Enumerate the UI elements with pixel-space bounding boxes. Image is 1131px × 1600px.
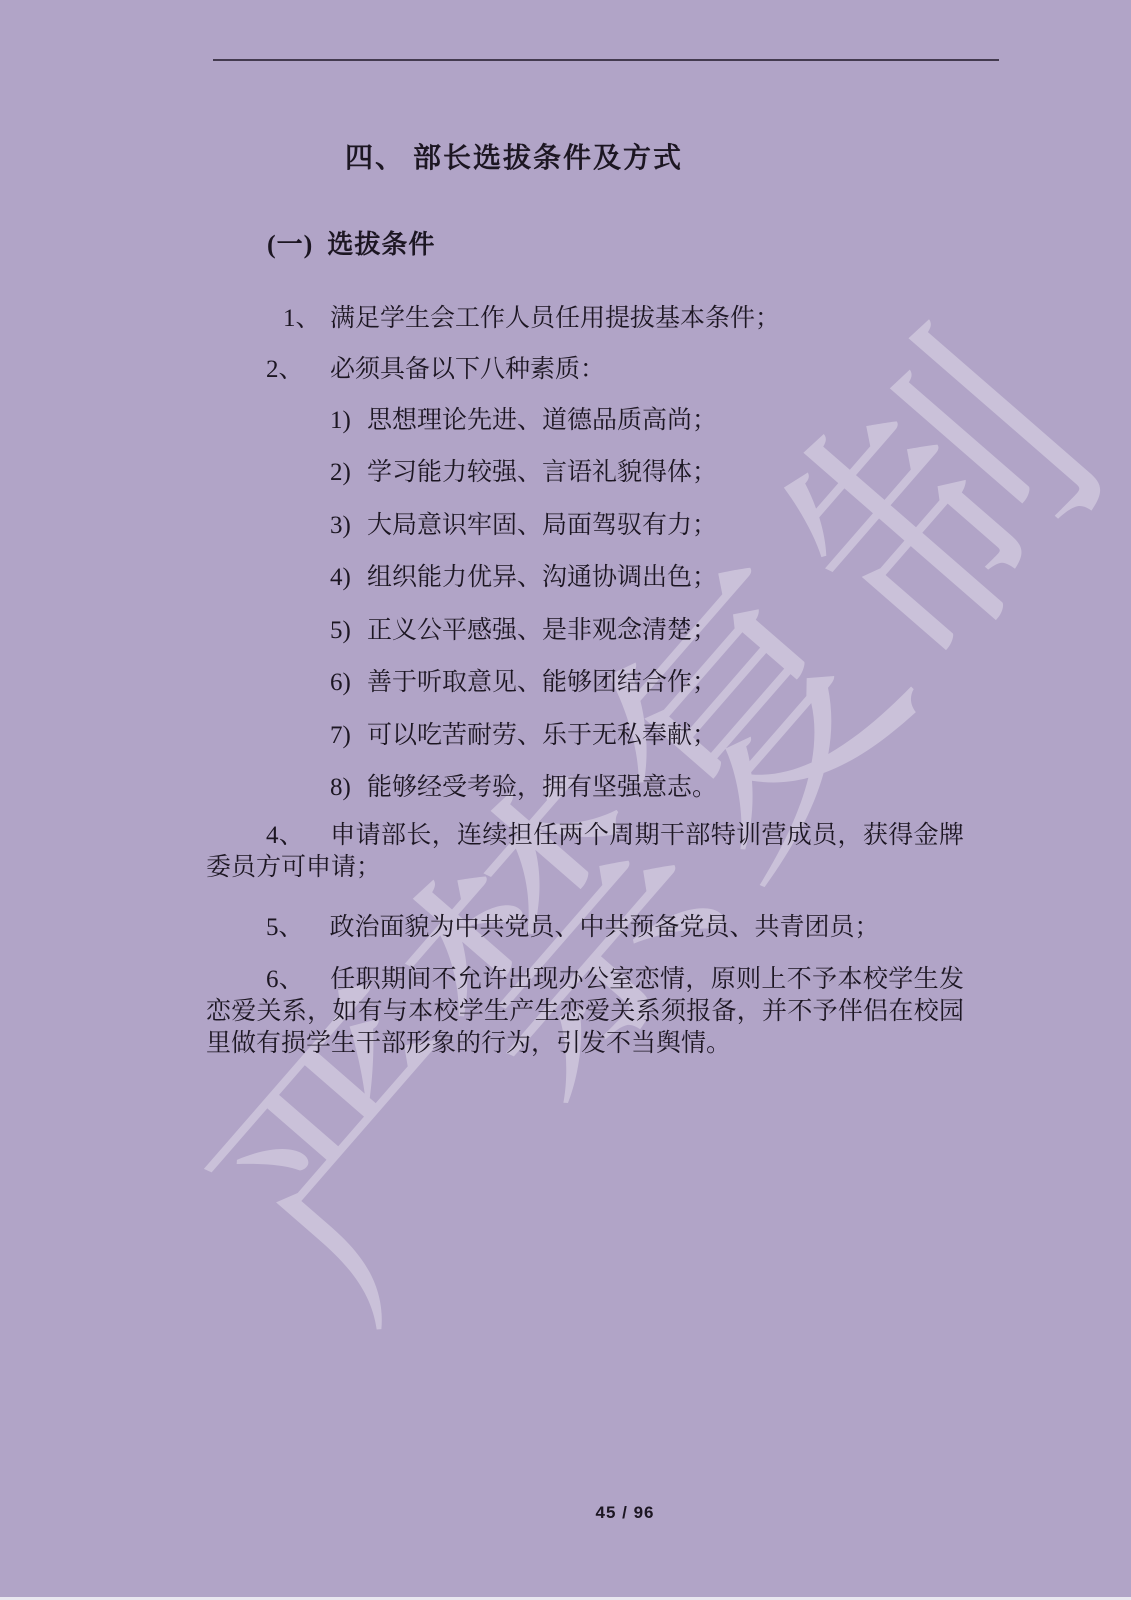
list-item: 6)善于听取意见、能够团结合作； bbox=[330, 666, 717, 699]
title-number: 四、 bbox=[345, 143, 405, 174]
list-item: 4)组织能力优异、沟通协调出色； bbox=[330, 561, 717, 594]
page-number: 45 / 96 bbox=[240, 1503, 1010, 1523]
list-item-number: 7) bbox=[330, 719, 367, 752]
list-item: 2)学习能力较强、言语礼貌得体； bbox=[330, 456, 717, 489]
list-item-text: 满足学生会工作人员任用提拔基本条件； bbox=[330, 305, 780, 332]
list-item-text: 大局意识牢固、局面驾驭有力； bbox=[367, 512, 717, 539]
list-item: 8)能够经受考验，拥有坚强意志。 bbox=[330, 771, 717, 804]
paragraph: 4、申请部长，连续担任两个周期干部特训营成员，获得金牌委员方可申请； bbox=[206, 820, 964, 884]
paragraph-number: 4、 bbox=[266, 822, 330, 849]
list-item: 7)可以吃苦耐劳、乐于无私奉献； bbox=[330, 719, 717, 752]
list-item-number: 3) bbox=[330, 509, 367, 542]
list-item: 3)大局意识牢固、局面驾驭有力； bbox=[330, 509, 717, 542]
list-item: 2、必须具备以下八种素质： bbox=[266, 353, 605, 386]
list-item-number: 8) bbox=[330, 771, 367, 804]
list-item: 1)思想理论先进、道德品质高尚； bbox=[330, 404, 717, 437]
list-item-text: 组织能力优异、沟通协调出色； bbox=[367, 564, 717, 591]
list-item: 5)正义公平感强、是非观念清楚； bbox=[330, 614, 717, 647]
paragraph-text: 政治面貌为中共党员、中共预备党员、共青团员； bbox=[330, 914, 880, 941]
list-item-number: 5) bbox=[330, 614, 367, 647]
title-text: 部长选拔条件及方式 bbox=[413, 143, 683, 174]
list-item-text: 必须具备以下八种素质： bbox=[330, 356, 605, 383]
list-item-number: 6) bbox=[330, 666, 367, 699]
section-heading-number: (一) bbox=[267, 230, 313, 259]
list-item-text: 能够经受考验，拥有坚强意志。 bbox=[367, 774, 717, 801]
list-item: 1、满足学生会工作人员任用提拔基本条件； bbox=[283, 302, 780, 335]
list-item-text: 思想理论先进、道德品质高尚； bbox=[367, 407, 717, 434]
section-heading-text: 选拔条件 bbox=[327, 230, 435, 259]
paragraph: 5、政治面貌为中共党员、中共预备党员、共青团员； bbox=[206, 912, 964, 944]
list-item-number: 1、 bbox=[283, 302, 330, 335]
list-item-text: 可以吃苦耐劳、乐于无私奉献； bbox=[367, 722, 717, 749]
list-item-number: 4) bbox=[330, 561, 367, 594]
paragraph-number: 5、 bbox=[266, 914, 330, 941]
paragraph-number: 6、 bbox=[266, 966, 330, 993]
list-item-text: 善于听取意见、能够团结合作； bbox=[367, 669, 717, 696]
document-page: 严禁复制 四、部长选拔条件及方式 (一)选拔条件 1、满足学生会工作人员任用提拔… bbox=[0, 0, 1131, 1600]
list-item-number: 2) bbox=[330, 456, 367, 489]
list-item-text: 正义公平感强、是非观念清楚； bbox=[367, 617, 717, 644]
list-item-number: 2、 bbox=[266, 353, 330, 386]
list-item-number: 1) bbox=[330, 404, 367, 437]
header-rule bbox=[213, 59, 999, 61]
section-heading: (一)选拔条件 bbox=[267, 224, 435, 261]
list-item-text: 学习能力较强、言语礼貌得体； bbox=[367, 459, 717, 486]
page-title: 四、部长选拔条件及方式 bbox=[345, 136, 683, 176]
paragraph: 6、任职期间不允许出现办公室恋情，原则上不予本校学生发恋爱关系，如有与本校学生产… bbox=[206, 964, 964, 1060]
